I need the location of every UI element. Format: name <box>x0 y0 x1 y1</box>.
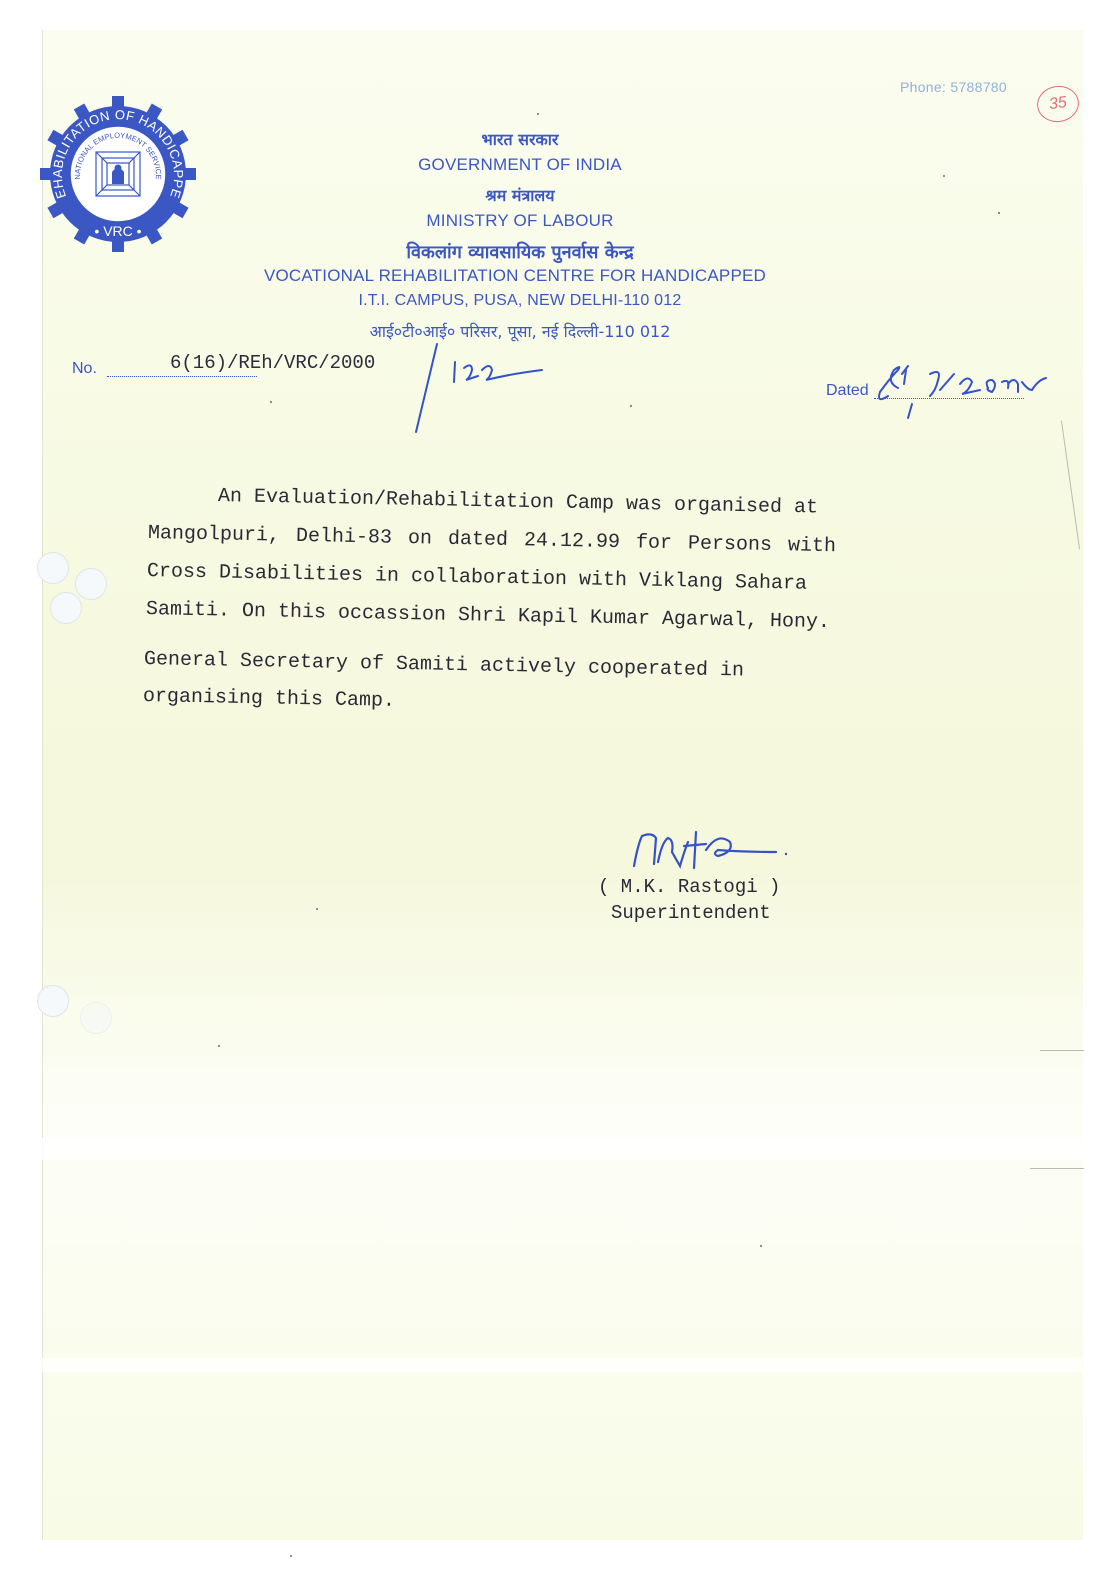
letterhead-ministry: MINISTRY OF LABOUR <box>200 211 840 231</box>
letterhead-govt: GOVERNMENT OF INDIA <box>200 155 840 175</box>
signatory-title: Superintendent <box>611 902 771 924</box>
handwritten-signature <box>622 822 792 882</box>
scan-speck <box>998 212 1000 214</box>
scan-speck <box>316 908 318 910</box>
signatory-name: ( M.K. Rastogi ) <box>598 876 780 898</box>
letterhead-hindi-address: आई०टी०आई० परिसर, पूसा, नई दिल्ली-110 012 <box>200 320 840 342</box>
vrc-seal-emblem: REHABILITATION OF HANDICAPPED NATIONAL E… <box>40 96 196 252</box>
scan-band <box>42 1138 1082 1160</box>
punch-hole <box>37 552 69 584</box>
letterhead-address: I.T.I. CAMPUS, PUSA, NEW DELHI-110 012 <box>200 292 840 310</box>
scan-speck <box>270 401 272 403</box>
svg-text:• VRC •: • VRC • <box>94 223 141 239</box>
handwritten-date <box>868 360 1058 420</box>
scan-speck <box>630 405 632 407</box>
fold-line <box>1040 1050 1084 1051</box>
dated-label: Dated <box>826 382 869 400</box>
scan-speck <box>537 113 539 115</box>
letterhead-centre: VOCATIONAL REHABILITATION CENTRE FOR HAN… <box>215 266 815 286</box>
letterhead-hindi-centre: विकलांग व्यावसायिक पुनर्वास केन्द्र <box>200 240 840 264</box>
reference-dotted-line <box>107 376 257 377</box>
letterhead-hindi-govt: भारत सरकार <box>200 128 840 150</box>
reference-label: No. <box>72 360 97 378</box>
scan-speck <box>218 1045 220 1047</box>
punch-hole <box>75 568 107 600</box>
fold-line <box>1030 1168 1084 1169</box>
scan-speck <box>290 1555 292 1557</box>
scan-speck <box>760 1245 762 1247</box>
punch-hole <box>80 1002 112 1034</box>
reference-number: 6(16)/REh/VRC/2000 <box>170 352 375 374</box>
body-line: organising this Camp. <box>143 685 395 713</box>
punch-hole <box>50 592 82 624</box>
letterhead-hindi-ministry: श्रम मंत्रालय <box>200 184 840 206</box>
handwritten-reference-suffix <box>410 340 550 440</box>
scan-speck <box>943 175 945 177</box>
phone-number: Phone: 5788780 <box>900 79 1007 95</box>
punch-hole <box>37 985 69 1017</box>
scan-band <box>42 1358 1082 1372</box>
